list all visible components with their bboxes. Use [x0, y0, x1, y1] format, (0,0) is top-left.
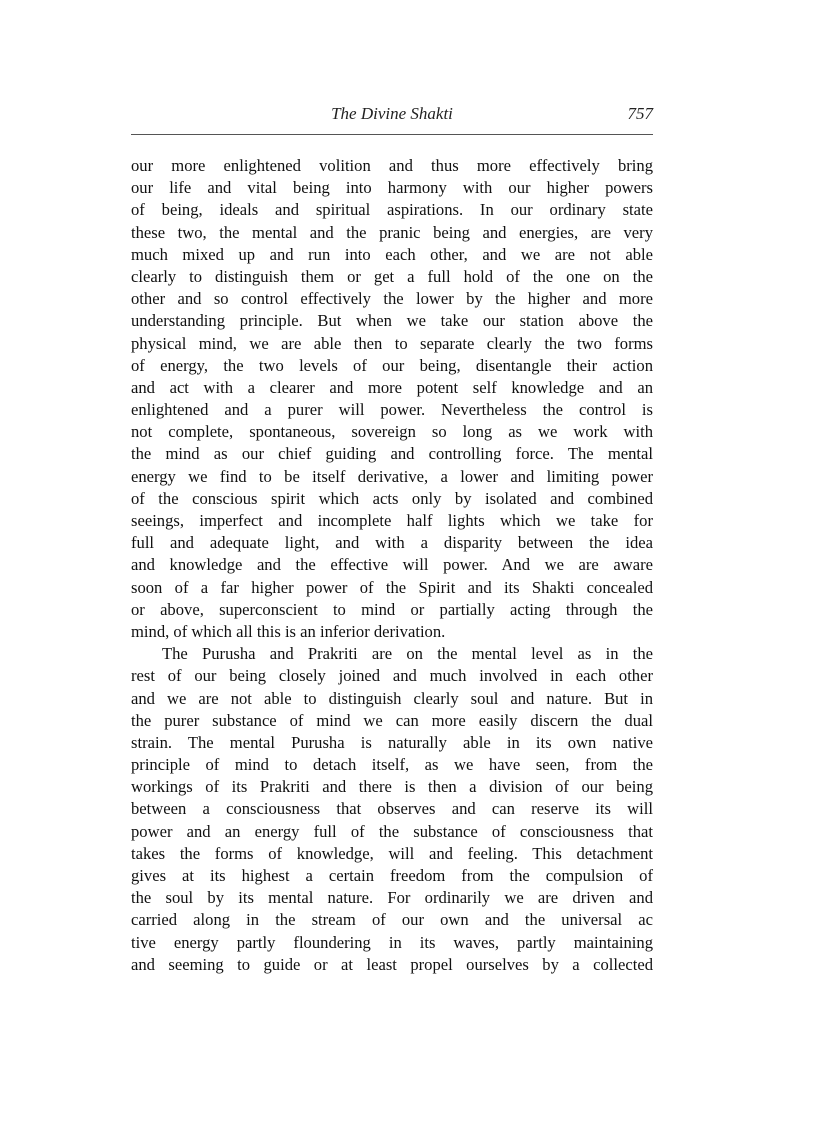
text-line: and knowledge and the effective will pow…	[131, 554, 653, 576]
text-line: much mixed up and run into each other, a…	[131, 244, 653, 266]
text-line: takes the forms of knowledge, will and f…	[131, 843, 653, 865]
text-line: carried along in the stream of our own a…	[131, 909, 653, 931]
text-line: of being, ideals and spiritual aspiratio…	[131, 199, 653, 221]
text-line: between a consciousness that observes an…	[131, 798, 653, 820]
text-line: and we are not able to distinguish clear…	[131, 688, 653, 710]
text-line: tive energy partly floundering in its wa…	[131, 932, 653, 954]
text-line: principle of mind to detach itself, as w…	[131, 754, 653, 776]
text-line: and act with a clearer and more potent s…	[131, 377, 653, 399]
text-line: the soul by its mental nature. For ordin…	[131, 887, 653, 909]
text-line: other and so control effectively the low…	[131, 288, 653, 310]
paragraph-2: The Purusha and Prakriti are on the ment…	[131, 643, 653, 976]
text-line: or above, superconscient to mind or part…	[131, 599, 653, 621]
text-line: and seeming to guide or at least propel …	[131, 954, 653, 976]
text-line: not complete, spontaneous, sovereign so …	[131, 421, 653, 443]
running-header: The Divine Shakti 757	[131, 102, 653, 130]
text-line: power and an energy full of the substanc…	[131, 821, 653, 843]
text-line: full and adequate light, and with a disp…	[131, 532, 653, 554]
text-line: the purer substance of mind we can more …	[131, 710, 653, 732]
text-line: energy we find to be itself derivative, …	[131, 466, 653, 488]
text-line: clearly to distinguish them or get a ful…	[131, 266, 653, 288]
text-line: strain. The mental Purusha is naturally …	[131, 732, 653, 754]
text-line: The Purusha and Prakriti are on the ment…	[131, 643, 653, 665]
text-line: the mind as our chief guiding and contro…	[131, 443, 653, 465]
text-line: rest of our being closely joined and muc…	[131, 665, 653, 687]
header-rule	[131, 134, 653, 135]
paragraph-1: our more enlightened volition and thus m…	[131, 155, 653, 643]
text-line: understanding principle. But when we tak…	[131, 310, 653, 332]
running-title: The Divine Shakti	[131, 104, 653, 124]
text-line: physical mind, we are able then to separ…	[131, 333, 653, 355]
text-line: our life and vital being into harmony wi…	[131, 177, 653, 199]
text-line: our more enlightened volition and thus m…	[131, 155, 653, 177]
text-line: gives at its highest a certain freedom f…	[131, 865, 653, 887]
text-line: of energy, the two levels of our being, …	[131, 355, 653, 377]
text-line: soon of a far higher power of the Spirit…	[131, 577, 653, 599]
text-line: these two, the mental and the pranic bei…	[131, 222, 653, 244]
text-line: seeings, imperfect and incomplete half l…	[131, 510, 653, 532]
text-line: enlightened and a purer will power. Neve…	[131, 399, 653, 421]
body-text: our more enlightened volition and thus m…	[131, 155, 653, 976]
text-line: workings of its Prakriti and there is th…	[131, 776, 653, 798]
text-line: of the conscious spirit which acts only …	[131, 488, 653, 510]
text-line: mind, of which all this is an inferior d…	[131, 621, 653, 643]
page-number: 757	[628, 104, 654, 124]
